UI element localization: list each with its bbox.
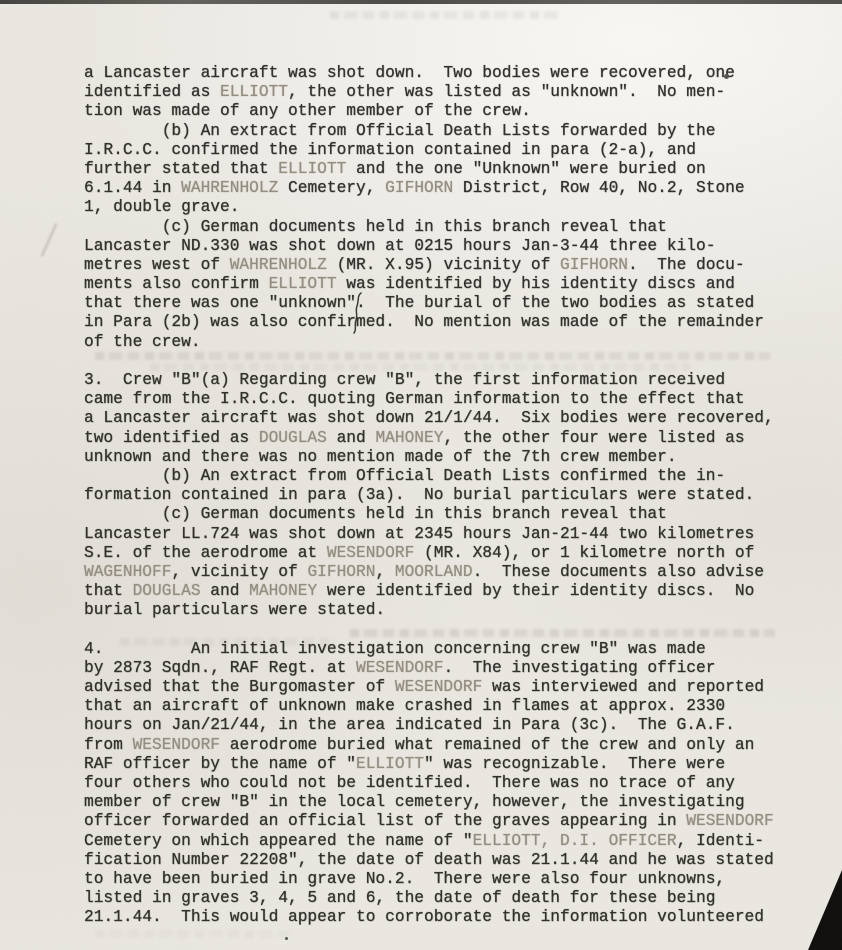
text-segment: (MR. X.95) vicinity of (327, 256, 560, 274)
text-line: that there was one "unknown". The burial… (84, 294, 824, 313)
text-segment: Lancaster LL.724 was shot down at 2345 h… (84, 525, 754, 543)
paper-crease-artifact (41, 223, 57, 257)
text-segment: . These documents also advise (473, 563, 764, 581)
faded-name-text: WESENDORF (327, 544, 414, 562)
text-line: 21.1.44. This would appear to corroborat… (84, 908, 824, 927)
text-line: two identified as DOUGLAS and MAHONEY, t… (84, 429, 824, 448)
faded-name-text: WESENDORF (356, 659, 443, 677)
text-segment: that there was one "unknown". The burial… (84, 294, 754, 312)
text-line: identified as ELLIOTT, the other was lis… (84, 83, 824, 102)
text-segment: that (84, 582, 133, 600)
text-segment: District, Row 40, No.2, Stone (453, 179, 744, 197)
text-line: from WESENDORF aerodrome buried what rem… (84, 736, 824, 755)
text-line: burial particulars were stated. (84, 601, 824, 620)
faded-name-text: WESENDORF (395, 678, 482, 696)
text-line: advised that the Burgomaster of WESENDOR… (84, 678, 824, 697)
faded-name-text: MAHONEY (249, 582, 317, 600)
text-line: four others who could not be identified.… (84, 774, 824, 793)
faded-name-text: WAHRENHOLZ (181, 179, 278, 197)
text-line: formation contained in para (3a). No bur… (84, 486, 824, 505)
text-segment: further stated that (84, 160, 278, 178)
text-line: (c) German documents held in this branch… (84, 505, 824, 524)
faded-name-text: ELLIOTT (220, 83, 288, 101)
text-segment: identified as (84, 83, 220, 101)
text-segment: and (201, 582, 250, 600)
text-segment: and the one "Unknown" were buried on (346, 160, 705, 178)
text-segment: by 2873 Sqdn., RAF Regt. at (84, 659, 356, 677)
text-segment: , Identi- (677, 832, 764, 850)
text-segment: from (84, 736, 133, 754)
text-segment: Lancaster ND.330 was shot down at 0215 h… (84, 237, 715, 255)
text-segment: advised that the Burgomaster of (84, 678, 395, 696)
text-segment: listed in graves 3, 4, 5 and 6, the date… (84, 889, 715, 907)
text-segment: officer forwarded an official list of th… (84, 812, 686, 830)
text-segment: a Lancaster aircraft was shot down. Two … (84, 64, 735, 82)
text-segment: 21.1.44. This would appear to corroborat… (84, 908, 764, 926)
text-line: to have been buried in grave No.2. There… (84, 870, 824, 889)
text-line: unknown and there was no mention made of… (84, 448, 824, 467)
faded-name-text: GIFHORN (385, 179, 453, 197)
text-segment: " was recognizable. There were (424, 755, 725, 773)
text-segment: fication Number 22208", the date of deat… (84, 851, 774, 869)
faded-name-text: WAGENHOFF (84, 563, 171, 581)
text-segment: that an aircraft of unknown make crashed… (84, 697, 725, 715)
text-line: member of crew "B" in the local cemetery… (84, 793, 824, 812)
faded-name-text: ELLIOTT (269, 275, 337, 293)
paragraph-block: 3. Crew "B"(a) Regarding crew "B", the f… (84, 371, 824, 620)
text-segment: of the crew. (84, 333, 201, 351)
text-segment: a Lancaster aircraft was shot down 21/1/… (84, 409, 774, 427)
text-segment: aerodrome buried what remained of the cr… (220, 736, 754, 754)
faded-name-text: GIFHORN (307, 563, 375, 581)
text-segment: 1, double grave. (84, 198, 239, 216)
text-segment: in Para (2b) was also confirmed. No ment… (84, 313, 764, 331)
text-line: Cemetery on which appeared the name of "… (84, 832, 824, 851)
text-line: I.R.C.C. confirmed the information conta… (84, 141, 824, 160)
text-segment: came from the I.R.C.C. quoting German in… (84, 390, 745, 408)
text-segment: ments also confirm (84, 275, 269, 293)
text-segment: and (327, 429, 376, 447)
scanned-document-page: a Lancaster aircraft was shot down. Two … (0, 0, 842, 950)
text-segment: formation contained in para (3a). No bur… (84, 486, 754, 504)
text-line: hours on Jan/21/44, in the area indicate… (84, 716, 824, 735)
bleed-through-artifact (95, 930, 295, 938)
text-segment: 4. An initial investigation concerning c… (84, 640, 706, 658)
text-line: in Para (2b) was also confirmed. No ment… (84, 313, 824, 332)
text-segment: Cemetery on which appeared the name of " (84, 832, 473, 850)
text-segment: , vicinity of (171, 563, 307, 581)
text-segment: . The investigating officer (443, 659, 715, 677)
text-line: by 2873 Sqdn., RAF Regt. at WESENDORF. T… (84, 659, 824, 678)
text-segment: four others who could not be identified.… (84, 774, 735, 792)
ink-speck-artifact (285, 937, 288, 940)
text-segment: was identified by his identity discs and (337, 275, 735, 293)
text-segment: 3. Crew "B"(a) Regarding crew "B", the f… (84, 371, 725, 389)
text-segment: metres west of (84, 256, 230, 274)
text-line: that an aircraft of unknown make crashed… (84, 697, 824, 716)
faded-name-text: WESENDORF (686, 812, 773, 830)
faded-name-text: DOUGLAS (133, 582, 201, 600)
text-line: Lancaster ND.330 was shot down at 0215 h… (84, 237, 824, 256)
text-line: 3. Crew "B"(a) Regarding crew "B", the f… (84, 371, 824, 390)
text-line: RAF officer by the name of "ELLIOTT" was… (84, 755, 824, 774)
document-text: a Lancaster aircraft was shot down. Two … (84, 64, 824, 927)
text-line: officer forwarded an official list of th… (84, 812, 824, 831)
text-segment: , the other four were listed as (443, 429, 744, 447)
text-line: Lancaster LL.724 was shot down at 2345 h… (84, 525, 824, 544)
faded-name-text: WESENDORF (133, 736, 220, 754)
faded-name-text: GIFHORN (560, 256, 628, 274)
text-segment: to have been buried in grave No.2. There… (84, 870, 725, 888)
faded-name-text: MAHONEY (375, 429, 443, 447)
faded-name-text: WAHRENHOLZ (230, 256, 327, 274)
ink-speck-artifact (724, 74, 729, 79)
text-segment: . The docu- (628, 256, 745, 274)
text-line: WAGENHOFF, vicinity of GIFHORN, MOORLAND… (84, 563, 824, 582)
text-segment: (c) German documents held in this branch… (84, 505, 667, 523)
text-line: (c) German documents held in this branch… (84, 218, 824, 237)
text-line: a Lancaster aircraft was shot down 21/1/… (84, 409, 824, 428)
faded-name-text: ELLIOTT (356, 755, 424, 773)
text-segment: , (375, 563, 394, 581)
faded-name-text: ELLIOTT (278, 160, 346, 178)
text-segment: Cemetery, (278, 179, 385, 197)
paragraph-block: a Lancaster aircraft was shot down. Two … (84, 64, 824, 352)
text-segment: was interviewed and reported (482, 678, 764, 696)
text-segment: (MR. X84), or 1 kilometre north of (414, 544, 754, 562)
text-segment: (b) An extract from Official Death Lists… (84, 122, 715, 140)
faded-name-text: ELLIOTT, D.I. OFFICER (473, 832, 677, 850)
text-line: 4. An initial investigation concerning c… (84, 640, 824, 659)
text-line: of the crew. (84, 333, 824, 352)
text-line: that DOUGLAS and MAHONEY were identified… (84, 582, 824, 601)
paragraph-block: 4. An initial investigation concerning c… (84, 640, 824, 928)
faded-name-text: DOUGLAS (259, 429, 327, 447)
text-segment: I.R.C.C. confirmed the information conta… (84, 141, 696, 159)
text-segment: burial particulars were stated. (84, 601, 385, 619)
text-segment: member of crew "B" in the local cemetery… (84, 793, 745, 811)
text-segment: , the other was listed as "unknown". No … (288, 83, 725, 101)
text-line: (b) An extract from Official Death Lists… (84, 122, 824, 141)
text-line: fication Number 22208", the date of deat… (84, 851, 824, 870)
text-line: 1, double grave. (84, 198, 824, 217)
text-segment: unknown and there was no mention made of… (84, 448, 677, 466)
text-segment: were identified by their identity discs.… (317, 582, 754, 600)
pen-mark-artifact (348, 292, 368, 334)
bleed-through-artifact (330, 11, 560, 19)
text-line: ments also confirm ELLIOTT was identifie… (84, 275, 824, 294)
text-segment: 6.1.44 in (84, 179, 181, 197)
text-line: further stated that ELLIOTT and the one … (84, 160, 824, 179)
text-line: listed in graves 3, 4, 5 and 6, the date… (84, 889, 824, 908)
text-line: 6.1.44 in WAHRENHOLZ Cemetery, GIFHORN D… (84, 179, 824, 198)
text-line: came from the I.R.C.C. quoting German in… (84, 390, 824, 409)
faded-name-text: MOORLAND (395, 563, 473, 581)
text-segment: two identified as (84, 429, 259, 447)
text-line: (b) An extract from Official Death Lists… (84, 467, 824, 486)
text-segment: (b) An extract from Official Death Lists… (84, 467, 725, 485)
text-segment: RAF officer by the name of " (84, 755, 356, 773)
text-line: tion was made of any other member of the… (84, 102, 824, 121)
text-segment: (c) German documents held in this branch… (84, 218, 667, 236)
text-line: metres west of WAHRENHOLZ (MR. X.95) vic… (84, 256, 824, 275)
text-line: a Lancaster aircraft was shot down. Two … (84, 64, 824, 83)
scan-edge-artifact (0, 0, 842, 4)
text-line: S.E. of the aerodrome at WESENDORF (MR. … (84, 544, 824, 563)
text-segment: hours on Jan/21/44, in the area indicate… (84, 716, 735, 734)
text-segment: S.E. of the aerodrome at (84, 544, 327, 562)
text-segment: tion was made of any other member of the… (84, 102, 531, 120)
